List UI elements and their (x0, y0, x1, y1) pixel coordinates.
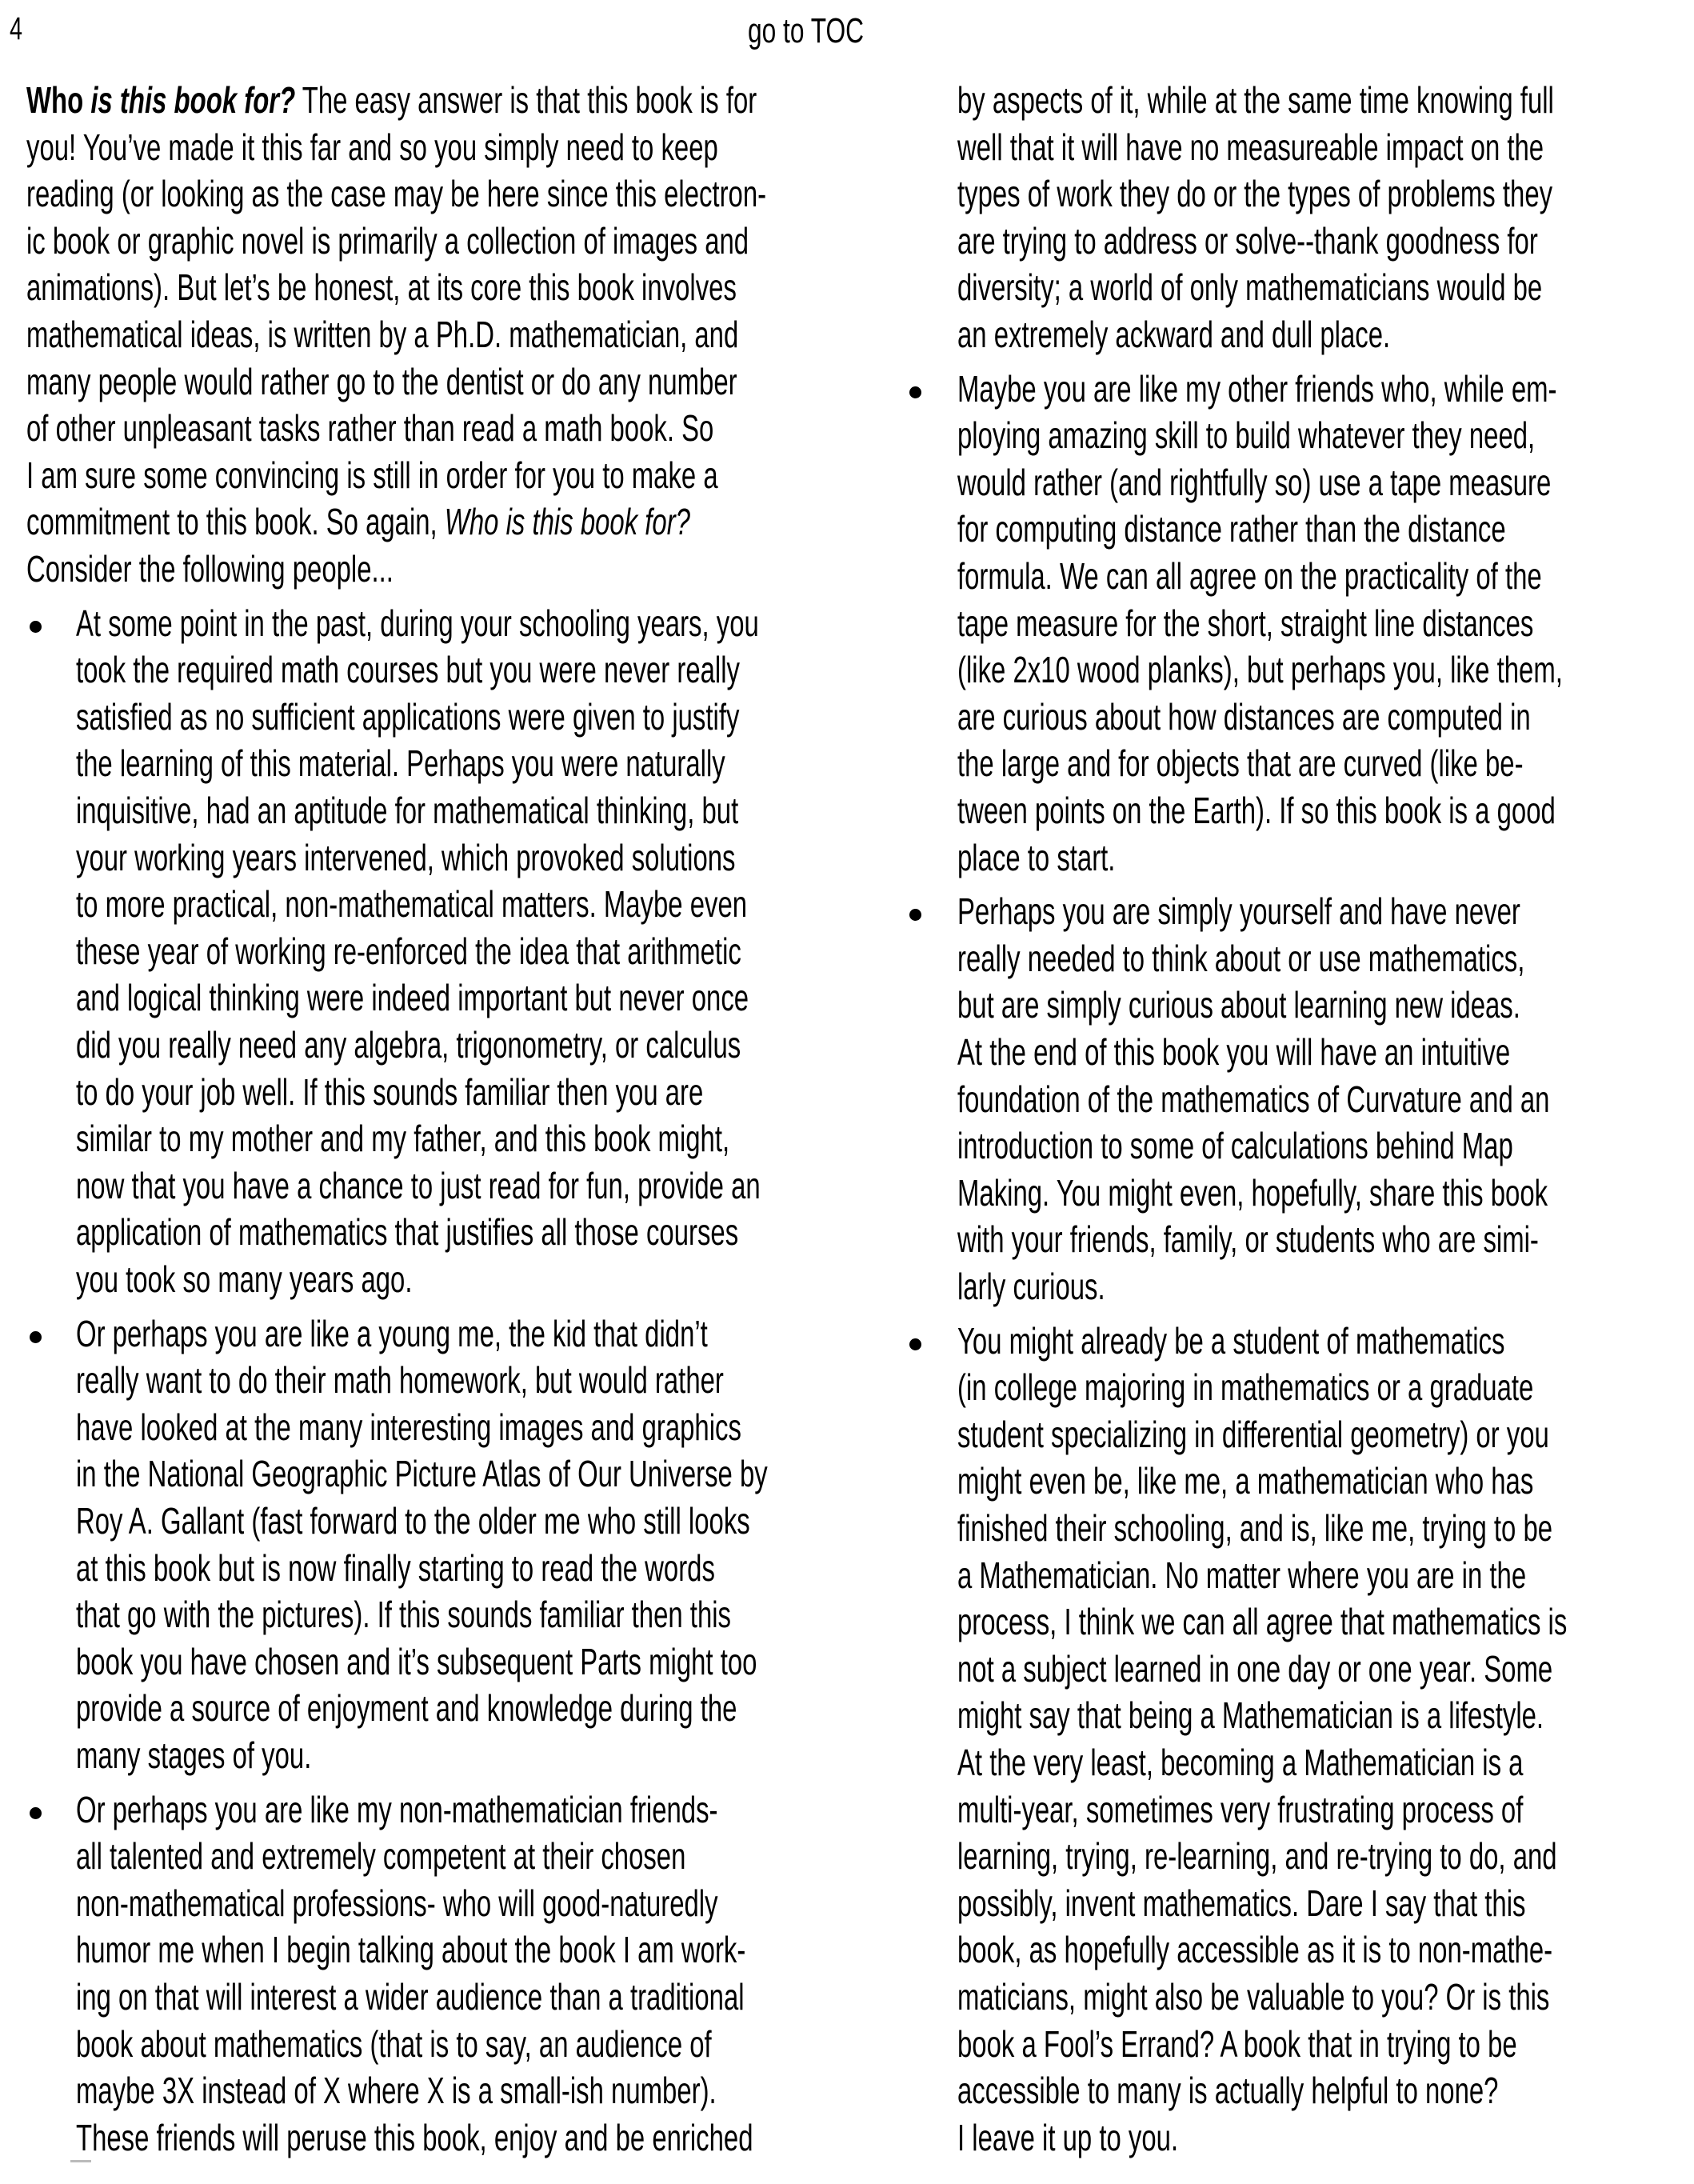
bullet-line: your working years intervened, which pro… (76, 838, 736, 878)
footer-mark (70, 2160, 91, 2162)
bullet-line: These friends will peruse this book, enj… (76, 2118, 753, 2158)
intro-line: you! You’ve made it this far and so you … (26, 127, 718, 167)
bullet-line: similar to my mother and my father, and … (76, 1118, 729, 1158)
bullet-line: larly curious. (957, 1266, 1105, 1306)
bullet-line: (in college majoring in mathematics or a… (957, 1367, 1533, 1407)
intro-line: many people would rather go to the denti… (26, 362, 737, 402)
bullet-icon (909, 1338, 921, 1350)
bullet-line: application of mathematics that justifie… (76, 1212, 738, 1252)
bullet-line: are curious about how distances are comp… (957, 697, 1531, 737)
bullet-line: would rather (and rightfully so) use a t… (957, 462, 1551, 502)
bullet-line: in the National Geographic Picture Atlas… (76, 1454, 768, 1494)
bullet-line: all talented and extremely competent at … (76, 1836, 685, 1876)
bullet-line: (like 2x10 wood planks), but perhaps you… (957, 650, 1563, 690)
inline-question-italic: Who is this book for? (445, 501, 690, 542)
bullet-line: to more practical, non-mathematical matt… (76, 884, 747, 924)
bullet-line: book you have chosen and it’s subsequent… (76, 1642, 757, 1682)
bullet-line: with your friends, family, or students w… (957, 1219, 1539, 1259)
bullet-line: might even be, like me, a mathematician … (957, 1461, 1533, 1501)
bullet-line: multi-year, sometimes very frustrating p… (957, 1790, 1523, 1830)
go-to-toc-link[interactable]: go to TOC (748, 11, 864, 51)
bullet-line: ploying amazing skill to build whatever … (957, 415, 1535, 455)
bullet-line: Perhaps you are simply yourself and have… (957, 891, 1520, 931)
continuation-line: types of work they do or the types of pr… (957, 174, 1552, 214)
continuation-line: an extremely ackward and dull place. (957, 314, 1390, 354)
bullet-line: but are simply curious about learning ne… (957, 985, 1520, 1025)
bullet-line: At some point in the past, during your s… (76, 603, 759, 643)
bullet-line: have looked at the many interesting imag… (76, 1407, 741, 1447)
intro-line: Consider the following people... (26, 549, 394, 589)
bullet-line: introduction to some of calculations beh… (957, 1126, 1513, 1166)
bullet-line: satisfied as no sufficient applications … (76, 697, 739, 737)
bullet-line: and logical thinking were indeed importa… (76, 978, 749, 1018)
bullet-line: At the end of this book you will have an… (957, 1032, 1510, 1072)
bullet-line: really needed to think about or use math… (957, 938, 1524, 978)
intro-first-line: Who is this book for? The easy answer is… (26, 80, 757, 120)
bullet-line: tween points on the Earth). If so this b… (957, 790, 1556, 830)
intro-line: of other unpleasant tasks rather than re… (26, 408, 713, 448)
bullet-line: finished their schooling, and is, like m… (957, 1508, 1552, 1548)
bullet-line: At the very least, becoming a Mathematic… (957, 1742, 1523, 1782)
intro-line: commitment to this book. So again, Who i… (26, 502, 690, 542)
bullet-line: maybe 3X instead of X where X is a small… (76, 2070, 717, 2110)
bullet-icon (30, 1807, 42, 1819)
bullet-line: Or perhaps you are like a young me, the … (76, 1314, 708, 1354)
bullet-line: to do your job well. If this sounds fami… (76, 1072, 703, 1112)
bullet-line: possibly, invent mathematics. Dare I say… (957, 1883, 1525, 1923)
bullet-icon (30, 1331, 42, 1343)
bullet-line: foundation of the mathematics of Curvatu… (957, 1079, 1549, 1119)
bullet-line: provide a source of enjoyment and knowle… (76, 1688, 737, 1728)
bullet-line: many stages of you. (76, 1735, 311, 1775)
bullet-line: place to start. (957, 838, 1115, 878)
lead-question-bold-italic: is this book for? (83, 79, 295, 121)
bullet-line: book about mathematics (that is to say, … (76, 2024, 712, 2064)
bullet-line: at this book but is now finally starting… (76, 1548, 715, 1588)
lead-question-bold: Who (26, 79, 83, 121)
bullet-line: tape measure for the short, straight lin… (957, 603, 1533, 643)
bullet-line: Maybe you are like my other friends who,… (957, 369, 1556, 409)
bullet-icon (909, 386, 921, 398)
bullet-line: did you really need any algebra, trigono… (76, 1025, 741, 1065)
bullet-line: you took so many years ago. (76, 1259, 412, 1299)
page-number: 4 (10, 11, 22, 47)
intro-text: commitment to this book. So again, (26, 501, 445, 542)
continuation-line: diversity; a world of only mathematician… (957, 267, 1542, 307)
intro-line: I am sure some convincing is still in or… (26, 455, 718, 495)
bullet-line: process, I think we can all agree that m… (957, 1602, 1567, 1642)
bullet-line: really want to do their math homework, b… (76, 1360, 724, 1400)
bullet-line: learning, trying, re-learning, and re-tr… (957, 1836, 1557, 1876)
bullet-line: non-mathematical professions- who will g… (76, 1883, 718, 1923)
bullet-line: You might already be a student of mathem… (957, 1321, 1504, 1361)
bullet-line: took the required math courses but you w… (76, 650, 740, 690)
bullet-line: not a subject learned in one day or one … (957, 1649, 1552, 1689)
bullet-icon (30, 621, 42, 633)
intro-line: ic book or graphic novel is primarily a … (26, 221, 749, 261)
bullet-line: Making. You might even, hopefully, share… (957, 1173, 1548, 1213)
intro-line: mathematical ideas, is written by a Ph.D… (26, 314, 738, 354)
bullet-line: ing on that will interest a wider audien… (76, 1977, 745, 2017)
bullet-line: formula. We can all agree on the practic… (957, 556, 1542, 596)
continuation-line: well that it will have no measureable im… (957, 127, 1544, 167)
bullet-line: inquisitive, had an aptitude for mathema… (76, 790, 738, 830)
continuation-line: are trying to address or solve--thank go… (957, 221, 1538, 261)
bullet-line: might say that being a Mathematician is … (957, 1695, 1544, 1735)
bullet-line: Roy A. Gallant (fast forward to the olde… (76, 1501, 750, 1541)
bullet-line: Or perhaps you are like my non-mathemati… (76, 1790, 717, 1830)
bullet-line: humor me when I begin talking about the … (76, 1930, 745, 1970)
bullet-line: the learning of this material. Perhaps y… (76, 743, 725, 783)
intro-line: reading (or looking as the case may be h… (26, 174, 766, 214)
bullet-line: book a Fool’s Errand? A book that in try… (957, 2024, 1517, 2064)
bullet-line: maticians, might also be valuable to you… (957, 1977, 1549, 2017)
bullet-line: I leave it up to you. (957, 2118, 1178, 2158)
bullet-line: these year of working re-enforced the id… (76, 931, 741, 971)
continuation-line: by aspects of it, while at the same time… (957, 80, 1554, 120)
bullet-icon (909, 909, 921, 921)
bullet-line: for computing distance rather than the d… (957, 509, 1506, 549)
bullet-line: the large and for objects that are curve… (957, 743, 1524, 783)
intro-text: The easy answer is that this book is for (295, 79, 757, 121)
bullet-line: book, as hopefully accessible as it is t… (957, 1930, 1552, 1970)
bullet-line: accessible to many is actually helpful t… (957, 2070, 1498, 2110)
bullet-line: a Mathematician. No matter where you are… (957, 1555, 1526, 1595)
bullet-line: that go with the pictures). If this soun… (76, 1594, 731, 1634)
intro-line: animations). But let’s be honest, at its… (26, 267, 737, 307)
bullet-line: student specializing in differential geo… (957, 1414, 1549, 1454)
bullet-line: now that you have a chance to just read … (76, 1166, 761, 1206)
